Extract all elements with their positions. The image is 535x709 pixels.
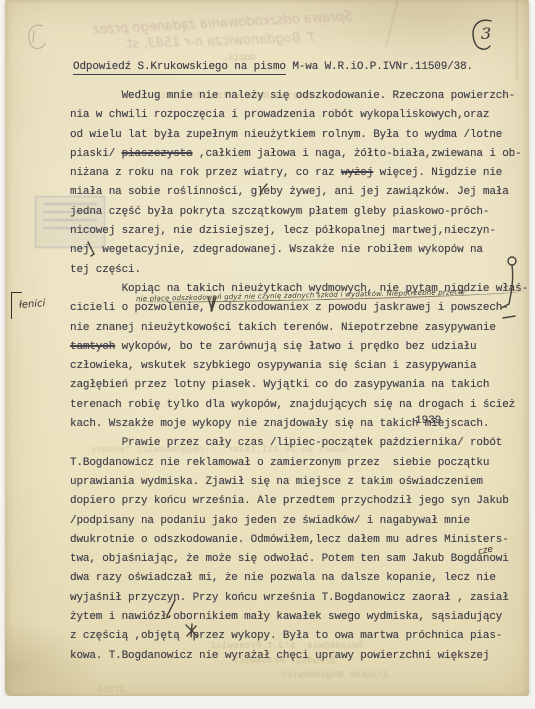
title-rest: M-wa W.R.iO.P.IVNr.11509/38. (286, 61, 473, 73)
typed-line: niżana z roku na rok przez wiatry, co ra… (70, 164, 532, 183)
typed-line: nie znanej nieużytkowości takich terenów… (70, 319, 532, 338)
document-body: Według mnie nie należy się odszkodowanie… (70, 87, 532, 666)
typed-line: nej wegetacyjnie, zdegradowanej. Wszakże… (70, 241, 532, 260)
typed-line: kach. Wszakże moje wykopy nie znajdowały… (70, 415, 532, 434)
typed-line: miała na sobie roślinności, gleby żywej,… (70, 183, 532, 202)
typed-line: od wielu lat była zupełnym nieużytkiem r… (70, 126, 532, 145)
bleedthrough-typed: 37556 (97, 684, 126, 695)
typed-line: /podpisany na podaniu jako jeden ze świa… (70, 512, 532, 531)
typed-line: człowieka, wskutek szybkiego osypywania … (70, 357, 532, 376)
page-number: 3 (467, 16, 503, 56)
typed-line: twa, objaśniając, że może się odwołać. P… (70, 550, 532, 569)
document-title: Odpowiedź S.Krukowskiego na pismo M-wa W… (73, 61, 473, 73)
typed-line: nicowej szarej, nie dzisiejszej, lecz pó… (70, 222, 532, 241)
typed-year-insertion: 1939 (415, 415, 441, 427)
pencil-corner-mark (21, 20, 55, 54)
typed-line: wyjaśnił przyczyn. Przy końcu września T… (70, 589, 532, 608)
typed-line: Według mnie nie należy się odszkodowanie… (70, 87, 532, 106)
paper-crease (516, 0, 518, 80)
typed-line: tamtych wykopów, bo te zarównują się łat… (70, 338, 532, 357)
typed-line: Prawie przez cały czas /lipiec-początek … (70, 434, 532, 453)
typed-line: jedna część była pokryta szczątkowym pła… (70, 203, 532, 222)
title-underlined: Odpowiedź S.Krukowskiego na pismo (73, 61, 286, 75)
typed-line: kowa. T.Bogdanowicz nie wyrażał chęci up… (70, 647, 532, 666)
margin-annotation: łenici (19, 298, 46, 311)
typed-line: żytem i nawiózł obornikiem mały kawałek … (70, 608, 532, 627)
bleedthrough-typed: 3/Jakób Bogdanowicz. (275, 669, 389, 680)
typed-line: T.Bogdanowicz nie reklamował o zamierzon… (70, 454, 532, 473)
typed-line: nia w chwili rozpoczęcia i prowadzenia r… (70, 106, 532, 125)
document-page: Sprawa odszkodowania żądanego przez T. B… (5, 0, 529, 696)
typed-line: cicieli o pozwolenie, odszkodowaniex z p… (70, 299, 532, 318)
typed-line: dopiero przy końcu września. Ale przedte… (70, 492, 532, 511)
typed-line: piaski/ piaszczysta ,całkiem jałowa i na… (70, 145, 532, 164)
typed-line: z częścią ,objętą przez wykopy. Była to … (70, 627, 532, 646)
scanned-document: Sprawa odszkodowania żądanego przez T. B… (0, 0, 535, 709)
scan-background (0, 696, 535, 709)
typed-line: terenach robię tylko dla wykopów, znajdu… (70, 396, 532, 415)
typed-line: tej części. (70, 261, 532, 280)
typed-line: dwukrotnie o odszkodowanie. Odmówiłem,le… (70, 531, 532, 550)
typed-line: zagłębień przez lotny piasek. Wyjątki co… (70, 376, 532, 395)
page-number-value: 3 (481, 24, 491, 43)
typed-line: dwa razy oświadczał mi, że nie pozwala n… (70, 569, 532, 588)
paper-crease (385, 0, 398, 45)
typed-line: uprawiania wydmiska. Zjawił się na miejs… (70, 473, 532, 492)
